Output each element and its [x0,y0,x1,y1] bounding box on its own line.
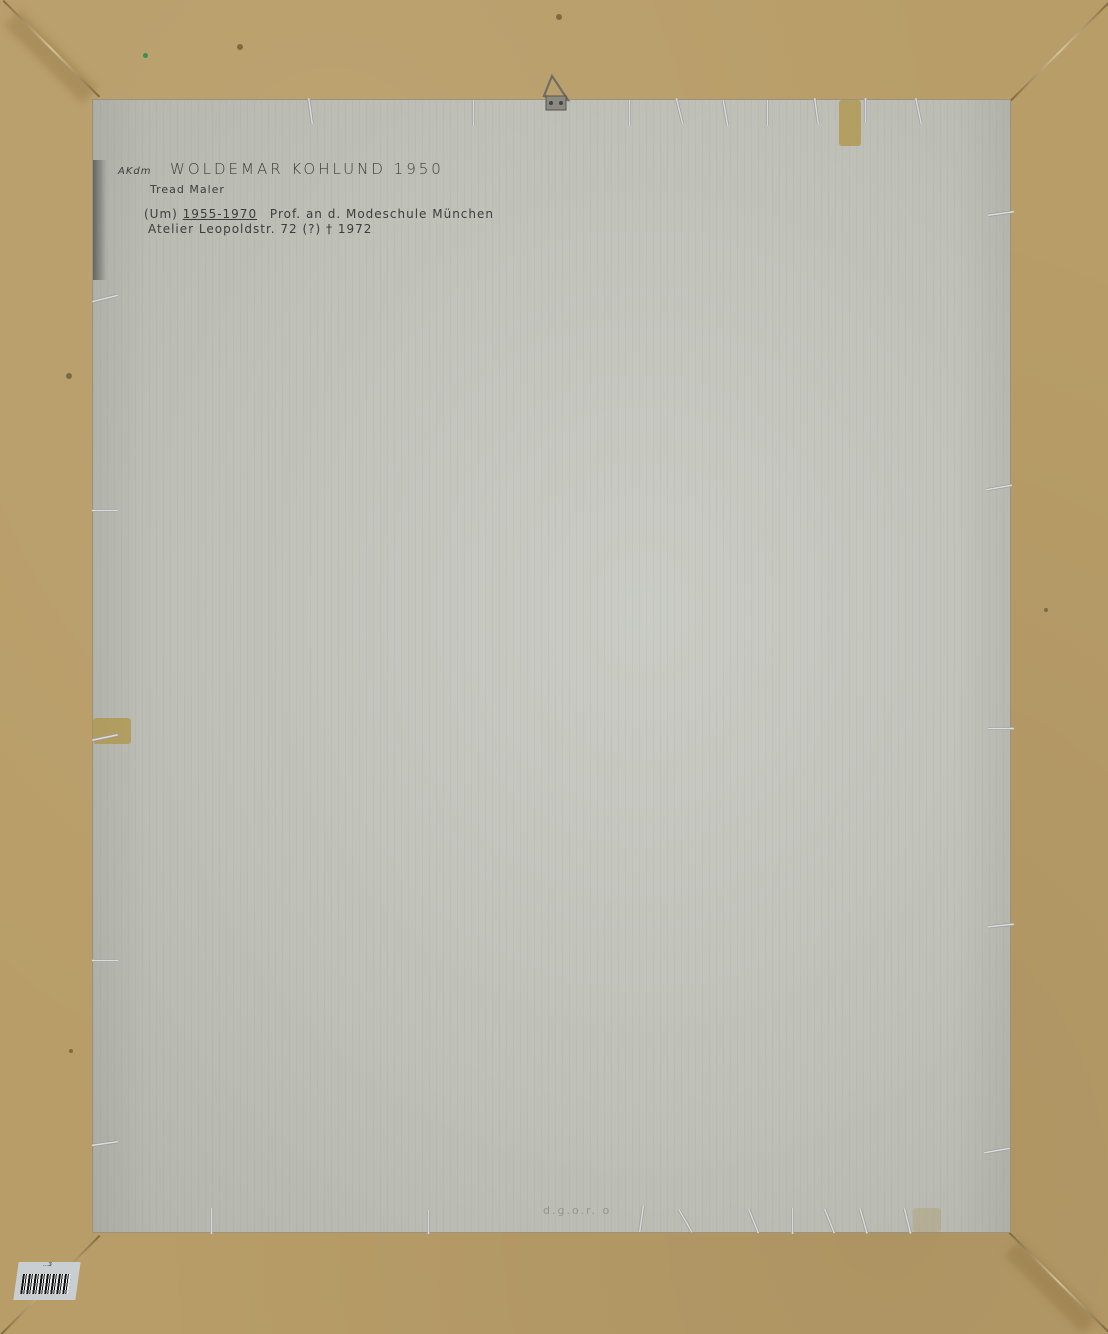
inscription-mark: AKdm [118,166,152,177]
nail [92,959,118,962]
frame-hole [556,14,562,20]
miter-joint-bottom-right [1009,1232,1108,1332]
label-text: …3 [42,1262,52,1268]
nail [628,100,631,126]
miter-joint-top-left [3,0,101,98]
nail [766,100,769,126]
inscription-profession: Tread Maler [150,183,225,196]
nail [472,100,475,126]
miter-stain [4,10,97,103]
painting-panel-back [93,100,1010,1232]
dark-stain [93,160,107,280]
faint-pencil-mark: d.g.o.r. o [543,1204,611,1217]
frame-hole [69,1049,73,1053]
miter-stain [1004,1240,1097,1333]
inscription-career: (Um) 1955-1970 Prof. an d. Modeschule Mü… [144,207,494,221]
inscription-career-years: 1955-1970 [183,207,257,221]
hanging-hook-icon [542,74,574,116]
nail [791,1208,794,1234]
barcode-icon [20,1274,71,1294]
nail [210,1208,213,1234]
nail [988,727,1014,730]
nail [427,1210,430,1234]
barcode-label: …3 [13,1262,80,1300]
miter-joint-top-right [1010,1,1108,101]
nail [864,98,867,122]
inscription-career-prefix: (Um) [144,207,178,221]
frame-hole [237,44,243,50]
frame-hole [66,373,72,379]
tape-piece [839,100,861,146]
inscription-artist-line: WOLDEMAR KOHLUND 1950 [170,160,444,178]
wood-grain [93,100,1010,1232]
paint-speck [143,53,148,58]
inscription-studio: Atelier Leopoldstr. 72 (?) † 1972 [148,222,372,236]
frame-hole [1044,608,1048,612]
nail [92,509,118,512]
tape-piece [913,1208,941,1232]
inscription-career-rest: Prof. an d. Modeschule München [270,207,494,221]
